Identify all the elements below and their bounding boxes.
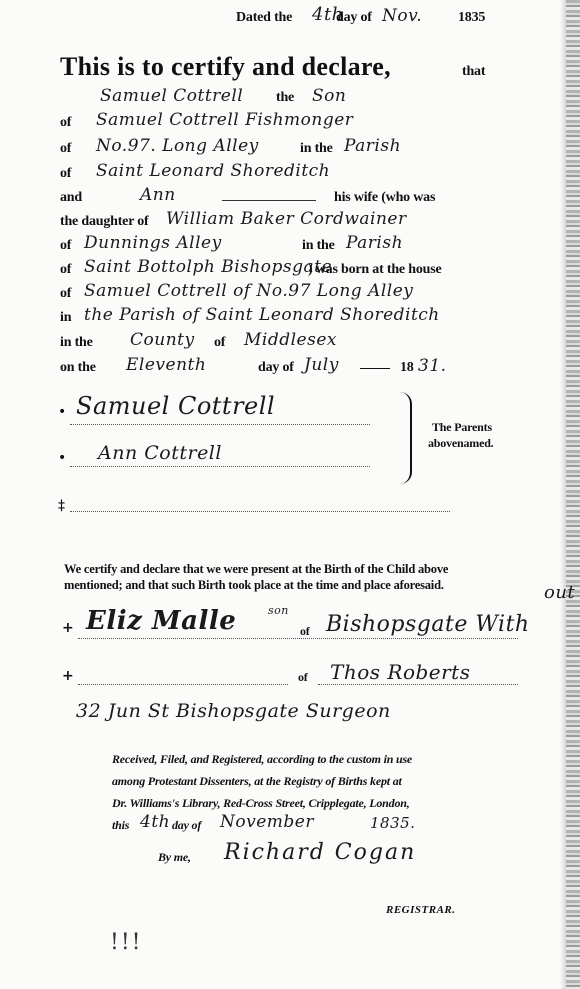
registration-year: 1835. [370,814,415,832]
registration-day-of-label: day of [172,818,201,833]
birth-month: July [304,355,339,375]
registration-month: November [220,812,314,832]
father-area-type: Parish [344,136,401,156]
mother-in-the-label: in the [302,238,335,254]
registration-line2: among Protestant Dissenters, at the Regi… [112,774,402,789]
child-name: Samuel Cottrell [100,86,243,106]
birth-day: Eleventh [126,355,206,375]
father-signature: Samuel Cottrell [76,392,275,420]
father-in-the-label: in the [300,141,333,157]
mother-area-type: Parish [346,233,403,253]
cross-mark: + [62,620,74,636]
mother-and-label: and [60,190,82,206]
birth-month-rule [360,368,390,369]
witness-margin-note: out [544,582,575,603]
parents-brace [398,392,412,484]
dated-month: Nov. [382,6,422,26]
born-label: ) was born at the house [308,262,441,278]
mother-father-name: William Baker Cordwainer [166,209,407,229]
mother-parish-of-label: of [60,262,71,278]
blank-signature-line [70,511,450,512]
parents-label-line2: abovenamed. [428,436,493,451]
birth-county-of-label: of [214,335,225,351]
dated-label: Dated the [236,10,292,26]
by-me-label: By me, [158,850,191,865]
dated-year: 1835 [458,10,485,26]
registrar-label: REGISTRAR. [386,904,456,916]
mother-wife-label: his wife (who was [334,190,435,206]
birth-day-of-label: day of [258,360,294,376]
mother-signature: Ann Cottrell [98,442,222,464]
birth-year-suffix: 31. [418,356,447,376]
mother-daughter-label: the daughter of [60,214,149,230]
witness-statement-line2: mentioned; and that such Birth took plac… [64,578,444,593]
birth-county: Middlesex [244,330,337,350]
witness-2-extra: 32 Jun St Bishopsgate Surgeon [76,700,391,722]
document-title: This is to certify and declare, [60,52,391,82]
registration-day: 4th [140,812,170,832]
witness-2-name-line [78,684,288,685]
bullet-mark: • [58,404,66,420]
mother-signature-line [70,466,370,467]
birth-location: the Parish of Saint Leonard Shoreditch [84,305,440,325]
registrar-signature: Richard Cogan [224,840,416,865]
child-relation-label: the [276,90,294,106]
birth-in-label: in [60,310,71,326]
mother-parish: Saint Bottolph Bishopsgate [84,257,332,277]
mother-name-rule [222,200,316,201]
birth-house-of-label: of [60,286,71,302]
witness-2-of-label: of [298,670,308,685]
witness-statement-line1: We certify and declare that we were pres… [64,562,448,577]
registration-line3: Dr. Williams's Library, Red-Cross Street… [112,796,410,811]
mother-address: Dunnings Alley [84,233,222,253]
father-name-occupation: Samuel Cottrell Fishmonger [96,110,353,130]
witness-1-name: Eliz Malle [86,606,236,636]
birth-in-the-label: in the [60,335,93,351]
scan-edge-shadow [560,0,566,989]
dated-day-of-label: day of [336,10,372,26]
witness-1-line [78,638,518,639]
cross-mark: + [62,668,74,684]
birth-year-prefix: 18 [400,360,414,376]
registration-this-label: this [112,818,129,833]
mother-address-of-label: of [60,238,71,254]
parents-label-line1: The Parents [432,420,492,435]
witness-2-residence: Thos Roberts [330,660,470,684]
father-address-of-label: of [60,141,71,157]
tally-marks: !!! [110,930,143,955]
registration-line1: Received, Filed, and Registered, accordi… [112,752,412,767]
father-signature-line [70,424,370,425]
father-parish-of-label: of [60,166,71,182]
birth-county-word: County [130,330,195,350]
father-parish: Saint Leonard Shoreditch [96,161,330,181]
birth-house: Samuel Cottrell of No.97 Long Alley [84,281,413,301]
witness-2-residence-line [318,684,518,685]
child-relation: Son [312,86,346,106]
father-address: No.97. Long Alley [96,136,259,156]
double-dagger-mark: ‡ [58,498,65,514]
witness-1-superscript: son [268,604,289,617]
witness-1-of-label: of [300,624,310,639]
mother-name: Ann [140,185,176,205]
scan-edge [566,0,580,989]
witness-1-residence: Bishopsgate With [326,612,530,637]
birth-on-the-label: on the [60,360,96,376]
title-suffix: that [462,64,485,80]
father-of-label: of [60,115,71,131]
bullet-mark: • [58,450,66,466]
